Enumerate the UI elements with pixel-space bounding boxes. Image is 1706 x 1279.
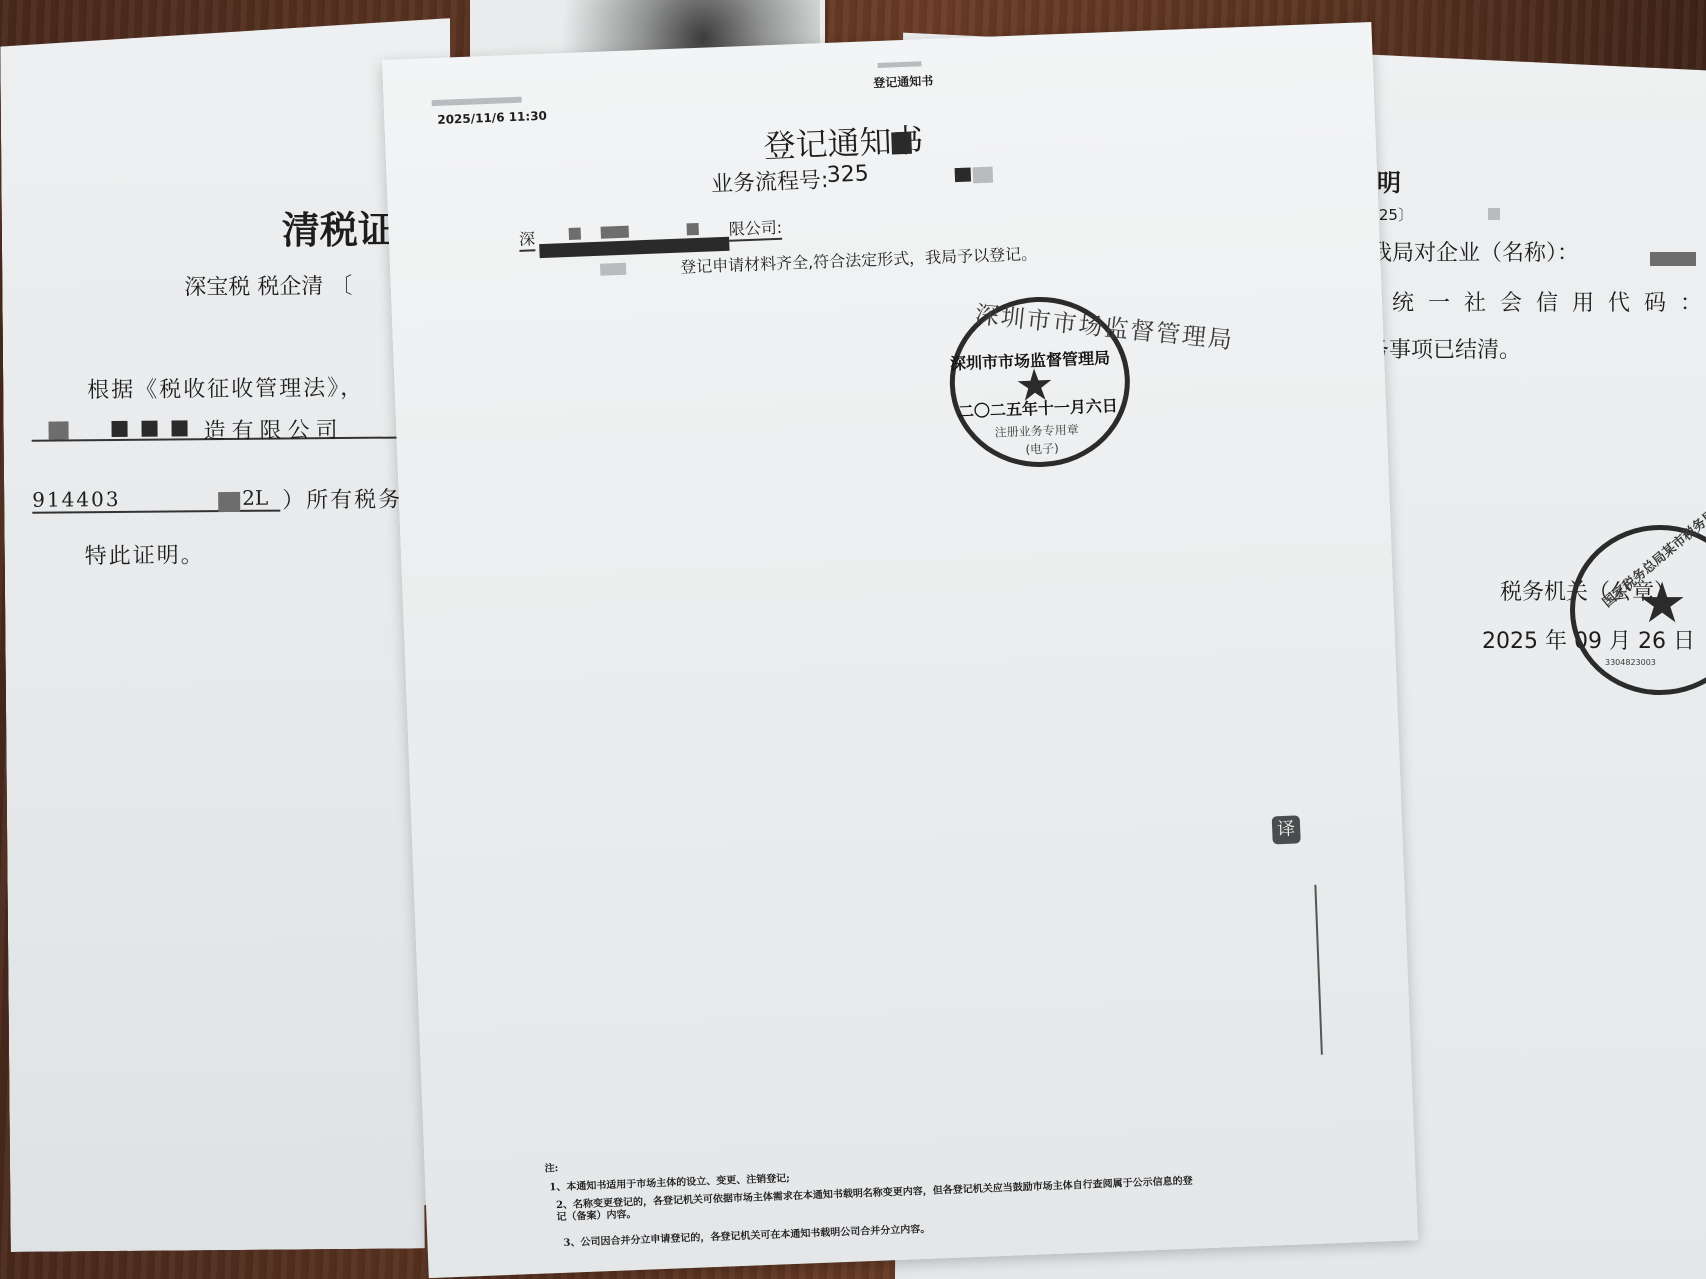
market-supervision-stamp: 深圳市市场监督管理局 深圳市市场监督管理局 ★ 二〇二五年十一月六日 注册业务专… — [947, 294, 1133, 471]
note-item-3: 3、公司因合并分立申请登记的，各登记机关可在本通知书载明公司合并分立内容。 — [563, 1220, 930, 1249]
redaction — [432, 97, 522, 106]
redaction — [600, 263, 626, 276]
redaction — [1488, 208, 1500, 220]
redaction — [973, 167, 994, 184]
left-doc-number: 深宝税 税企清 〔 — [184, 269, 352, 301]
redaction — [686, 223, 698, 235]
stamp-type: (电子) — [1025, 439, 1059, 457]
left-doc-closing: 特此证明。 — [85, 538, 205, 570]
note-item-1: 1、本通知书适用于市场主体的设立、变更、注销登记; — [549, 1169, 790, 1193]
print-timestamp: 2025/11/6 11:30 — [437, 109, 547, 127]
redaction — [955, 167, 972, 182]
redaction — [171, 420, 187, 436]
redaction — [877, 61, 921, 68]
pen-mark — [1314, 885, 1323, 1055]
redaction — [48, 421, 68, 439]
registration-notice-document: 2025/11/6 11:30 登记通知书 登记通知书 业务流程号: 325 深… — [382, 22, 1418, 1278]
notes-heading: 注: — [544, 1159, 558, 1175]
redaction — [1650, 252, 1696, 266]
left-doc-credit-code-prefix: 914403 — [32, 487, 121, 512]
left-doc-body-line3: ）所有税务 — [282, 483, 402, 515]
stamp-code: 3304823003 — [1605, 658, 1656, 667]
left-doc-company-suffix: 造有限公司 — [203, 413, 343, 445]
header-right-label: 登记通知书 — [873, 72, 934, 91]
redaction — [569, 228, 581, 240]
redaction — [891, 132, 912, 155]
left-doc-credit-code-suffix: 2L — [242, 486, 268, 510]
left-doc-title: 清税证 — [282, 199, 396, 255]
addressee-prefix: 深 — [519, 226, 536, 252]
stamp-date: 二〇二五年十一月六日 — [957, 393, 1118, 422]
star-icon: ★ — [1637, 576, 1687, 632]
addressee-suffix: 限公司: — [728, 215, 782, 242]
redaction — [111, 421, 127, 437]
redaction — [601, 226, 629, 239]
redaction — [141, 421, 157, 437]
translate-button[interactable]: 译 — [1272, 815, 1301, 844]
notice-body: 登记申请材料齐全,符合法定形式，我局予以登记。 — [680, 241, 1038, 278]
stamp-purpose: 注册业务专用章 — [994, 421, 1079, 441]
tax-bureau-stamp: ★ 国家税务总局某市税务局 3304823003 — [1570, 525, 1706, 695]
left-doc-body-line1: 根据《税收征收管理法》， — [87, 371, 364, 404]
process-number: 325 — [826, 161, 869, 188]
redaction — [218, 492, 240, 512]
process-label: 业务流程号: — [710, 163, 829, 198]
